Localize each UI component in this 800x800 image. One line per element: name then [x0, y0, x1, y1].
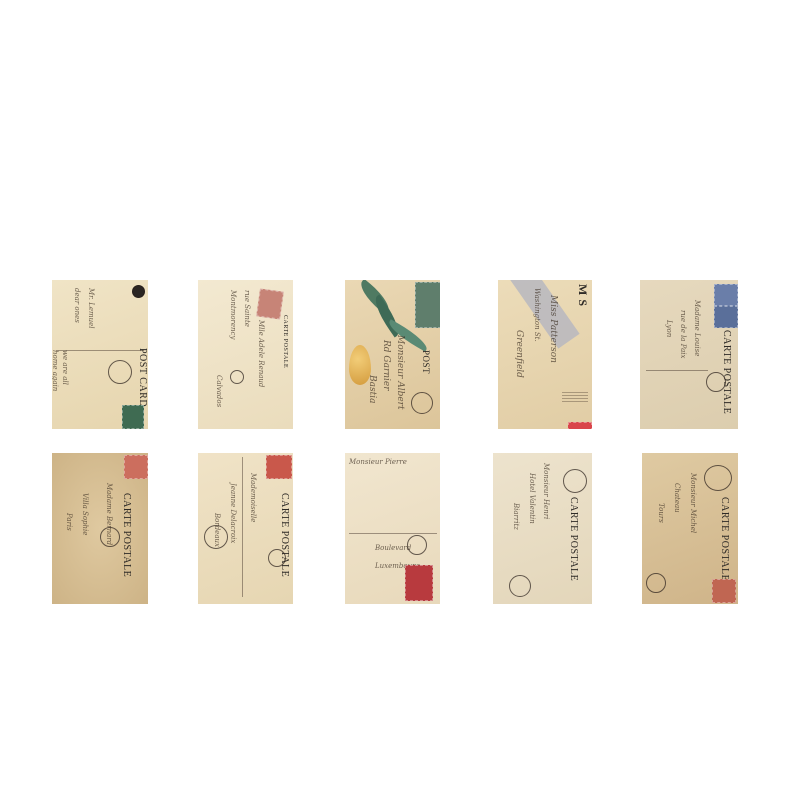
divider: [646, 370, 708, 371]
card-header: M S: [575, 284, 590, 307]
card-header: CARTE POSTALE: [282, 315, 288, 368]
postmark-icon: [411, 392, 433, 414]
handwriting: Lyon: [664, 320, 674, 337]
handwriting: we are all: [60, 350, 70, 385]
postmark-icon: [706, 372, 726, 392]
card-header: CARTE POSTALE: [568, 497, 579, 581]
stamp-icon: [714, 306, 738, 328]
handwriting: home again: [52, 350, 60, 391]
handwriting: Miss Patterson: [548, 295, 558, 363]
postmark-icon: [108, 360, 132, 384]
stamp-icon: [712, 579, 736, 603]
handwriting: Washington St.: [532, 288, 542, 342]
handwriting: Paris: [64, 513, 74, 531]
handwriting: Bastia: [367, 375, 377, 403]
postcard-10: CARTE POSTALE Monsieur Michel Chateau To…: [642, 453, 738, 604]
handwriting: rue de la Paix: [678, 310, 688, 358]
postcard-2: CARTE POSTALE Mlle Adele Renaud rue Sain…: [198, 280, 293, 429]
stamp-icon: [256, 288, 284, 319]
postmark-icon: [646, 573, 666, 593]
postcard-5: CARTE POSTALE Madame Louise rue de la Pa…: [640, 280, 738, 429]
handwriting: Mlle Adele Renaud: [256, 320, 266, 387]
card-header: POST CARD: [137, 348, 148, 407]
stamp-icon: [568, 422, 592, 429]
postcard-6: CARTE POSTALE Madame Bernard Villa Sophi…: [52, 453, 148, 604]
postcard-7: CARTE POSTALE Mademoiselle Jeanne Delacr…: [198, 453, 293, 604]
card-header: CARTE POSTALE: [121, 493, 132, 577]
card-header: POST: [421, 350, 431, 374]
handwriting: Bordeaux: [212, 513, 222, 547]
handwriting: Biarritz: [511, 503, 521, 530]
handwriting: Boulevard: [375, 543, 411, 553]
handwriting: Montmorency: [228, 290, 238, 339]
handwriting: Monsieur Henri: [541, 463, 551, 519]
postmark-icon: [268, 549, 286, 567]
handwriting: Monsieur Albert: [395, 335, 405, 410]
emblem-icon: [132, 285, 145, 298]
stamp-icon: [714, 284, 738, 306]
postcard-1: Mr. Lemuel dear ones we are all home aga…: [52, 280, 148, 429]
stamp-icon: [405, 565, 433, 601]
divider: [349, 533, 437, 534]
handwriting: Monsieur Pierre: [349, 457, 407, 467]
handwriting: Madame Louise: [692, 300, 702, 356]
stamp-icon: [124, 455, 148, 479]
handwriting: Hotel Valentin: [527, 473, 537, 524]
handwriting: Mademoiselle: [248, 473, 258, 522]
handwriting: rue Sainte: [242, 290, 252, 327]
wavy-cancel: [562, 390, 588, 402]
postcard-9: CARTE POSTALE Monsieur Henri Hotel Valen…: [493, 453, 592, 604]
handwriting: dear ones: [72, 288, 82, 323]
handwriting: Chateau: [672, 483, 682, 513]
divider: [242, 457, 243, 597]
handwriting: Greenfield: [514, 330, 524, 378]
handwriting: Monsieur Michel: [688, 473, 698, 533]
postmark-icon: [509, 575, 531, 597]
postmark-icon: [704, 465, 732, 491]
handwriting: Madame Bernard: [104, 483, 114, 545]
postcard-4: M S Miss Patterson Washington St. Greenf…: [498, 280, 592, 429]
handwriting: Calvados: [214, 375, 224, 407]
stamp-icon: [415, 282, 440, 328]
postmark-icon: [563, 469, 587, 493]
postcard-3: POST Monsieur Albert Rd Garnier Bastia: [345, 280, 440, 429]
postcard-8: Monsieur Pierre Boulevard Luxembourg: [345, 453, 440, 604]
postmark-icon: [407, 535, 427, 555]
card-header: CARTE POSTALE: [719, 497, 730, 581]
handwriting: Rd Garnier: [381, 340, 391, 391]
handwriting: Mr. Lemuel: [86, 288, 96, 329]
card-header: CARTE POSTALE: [721, 330, 732, 414]
stamp-icon: [266, 455, 292, 479]
handwriting: Tours: [656, 503, 666, 523]
postmark-icon: [230, 370, 244, 384]
handwriting: Villa Sophie: [80, 493, 90, 535]
handwriting: Jeanne Delacroix: [228, 483, 238, 543]
stamp-icon: [122, 405, 144, 429]
divider: [56, 350, 144, 351]
